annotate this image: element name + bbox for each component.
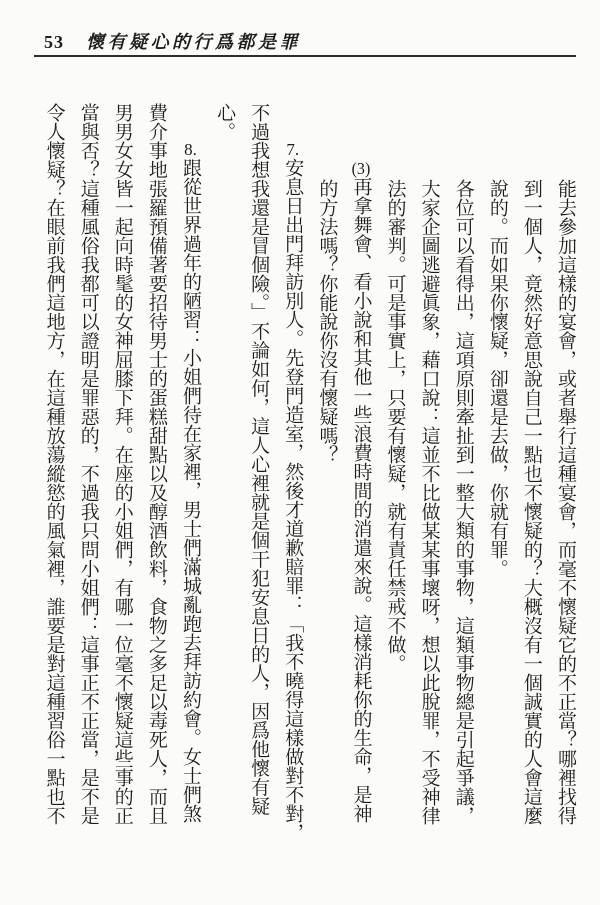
text-column: 不過我想我還是冒個險。」不論如何，這人心裡就是個干犯安息日的人，因爲他懷有疑 [241, 103, 275, 855]
text-column: 令人懷疑？在眼前我們這地方，在這種放蕩縱慾的風氣裡，誰要是對這種習俗一點也不 [37, 103, 71, 855]
text-column: 男男女女皆一起向時髦的女神屈膝下拜。在座的小姐們，有哪一位毫不懷疑這些事的正 [105, 103, 139, 855]
text-body: 能去參加這樣的宴會，或者舉行這種宴會，而毫不懷疑它的不正當？哪裡找得到一個人，竟… [36, 103, 582, 855]
text-column: 到一個人，竟然好意思說自己一點也不懷疑的？大概沒有一個誠實的人會這麼 [514, 103, 548, 855]
item-number: 8. [181, 141, 200, 158]
text-column: 大家企圖逃避眞象，藉口說：這並不比做某某事壞呀，想以此脫罪，不受神律 [412, 103, 446, 855]
text-column: 7.安息日出門拜訪別人。先登門造室，然後才道歉賠罪：「我不曉得這樣做對不對， [275, 103, 309, 855]
text-column: 的方法嗎？你能說你沒有懷疑嗎？ [309, 103, 343, 855]
running-head: 53 懷有疑心的行爲都是罪 [44, 28, 301, 54]
item-number: 7. [283, 141, 302, 158]
text-column: (3)再拿舞會、看小說和其他一些浪費時間的消遣來說。這樣消耗你的生命，是神 [343, 103, 377, 855]
text-column: 當與否？這種風俗我都可以證明是罪惡的，不過我只問小姐們：這事正不正當，是不是 [71, 103, 105, 855]
text-column: 能去參加這樣的宴會，或者舉行這種宴會，而毫不懷疑它的不正當？哪裡找得 [548, 103, 582, 855]
text-column: 各位可以看得出，這項原則牽扯到一整大類的事物，這類事物總是引起爭議， [446, 103, 480, 855]
text-column: 法的審判。可是事實上，只要有懷疑，就有責任禁戒不做。 [377, 103, 411, 855]
item-number: (3) [351, 160, 370, 177]
text-column: 說的。而如果你懷疑，卻還是去做，你就有罪。 [480, 103, 514, 855]
text-column: 心。 [207, 103, 241, 855]
book-page: 53 懷有疑心的行爲都是罪 能去參加這樣的宴會，或者舉行這種宴會，而毫不懷疑它的… [0, 0, 600, 905]
page-title: 懷有疑心的行爲都是罪 [86, 28, 301, 54]
header-rule [34, 55, 576, 57]
page-number: 53 [44, 32, 64, 53]
text-column: 8.跟從世界過年的陋習：小姐們待在家裡，男士們滿城亂跑去拜訪約會。女士們煞 [173, 103, 207, 855]
text-column: 費介事地張羅預備著要招待男士的蛋糕甜點以及醇酒飲料，食物之多足以毒死人，而且 [139, 103, 173, 855]
